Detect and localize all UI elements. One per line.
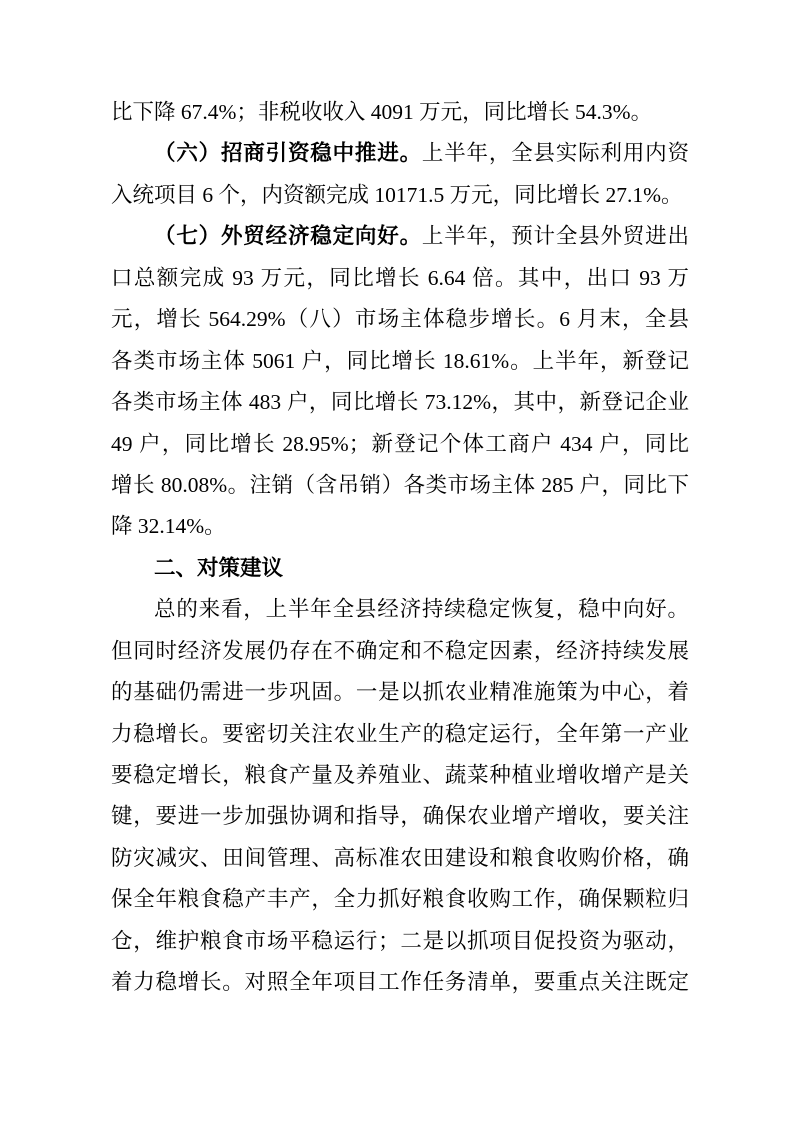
text-line: 降 32.14%。 — [111, 506, 689, 547]
bold-run: （六）招商引资稳中推进。 — [154, 141, 422, 165]
text-line: 防灾减灾、田间管理、高标准农田建设和粮食收购价格，确 — [111, 838, 689, 879]
text-line: 元，增长 564.29%（八）市场主体稳步增长。6 月末，全县 — [111, 299, 689, 340]
bold-run: （七）外贸经济稳定向好。 — [154, 224, 422, 248]
text-run: 元，增长 564.29%（八）市场主体稳步增长。6 月末，全县 — [111, 307, 689, 331]
section-heading: 二、对策建议 — [111, 548, 689, 589]
text-line: 但同时经济发展仍存在不确定和不稳定因素，经济持续发展 — [111, 631, 689, 672]
text-line: 仓，维护粮食市场平稳运行；二是以抓项目促投资为驱动， — [111, 921, 689, 962]
text-run: 要稳定增长，粮食产量及养殖业、蔬菜种植业增收增产是关 — [111, 763, 689, 787]
text-run: 键，要进一步加强协调和指导，确保农业增产增收，要关注 — [111, 804, 689, 828]
text-line: 各类市场主体 483 户，同比增长 73.12%，其中，新登记企业 — [111, 382, 689, 423]
text-run: 保全年粮食稳产丰产，全力抓好粮食收购工作，确保颗粒归 — [111, 887, 689, 911]
text-run: 力稳增长。要密切关注农业生产的稳定运行，全年第一产业 — [111, 722, 689, 746]
text-run: 口总额完成 93 万元，同比增长 6.64 倍。其中，出口 93 万 — [111, 266, 689, 290]
text-line: 增长 80.08%。注销（含吊销）各类市场主体 285 户，同比下 — [111, 465, 689, 506]
document-page: 比下降 67.4%；非税收收入 4091 万元，同比增长 54.3%。（六）招商… — [0, 0, 793, 1122]
text-run: 着力稳增长。对照全年项目工作任务清单，要重点关注既定 — [111, 970, 689, 994]
text-run: 各类市场主体 483 户，同比增长 73.12%，其中，新登记企业 — [111, 390, 689, 414]
text-line: 保全年粮食稳产丰产，全力抓好粮食收购工作，确保颗粒归 — [111, 879, 689, 920]
text-run: 比下降 67.4%；非税收收入 4091 万元，同比增长 54.3%。 — [111, 100, 652, 124]
text-run: 仓，维护粮食市场平稳运行；二是以抓项目促投资为驱动， — [111, 929, 689, 953]
text-line: 49 户，同比增长 28.95%；新登记个体工商户 434 户，同比 — [111, 424, 689, 465]
text-run: 降 32.14%。 — [111, 514, 226, 538]
text-line: 键，要进一步加强协调和指导，确保农业增产增收，要关注 — [111, 796, 689, 837]
text-line: 入统项目 6 个，内资额完成 10171.5 万元，同比增长 27.1%。 — [111, 175, 689, 216]
text-line: 着力稳增长。对照全年项目工作任务清单，要重点关注既定 — [111, 962, 689, 1003]
text-line: 的基础仍需进一步巩固。一是以抓农业精准施策为中心，着 — [111, 672, 689, 713]
text-run: 总的来看，上半年全县经济持续稳定恢复，稳中向好。 — [154, 597, 689, 621]
bold-run: 二、对策建议 — [154, 556, 283, 580]
text-run: 入统项目 6 个，内资额完成 10171.5 万元，同比增长 27.1%。 — [111, 183, 683, 207]
text-run: 上半年，全县实际利用内资 — [422, 141, 689, 165]
text-run: 49 户，同比增长 28.95%；新登记个体工商户 434 户，同比 — [111, 432, 689, 456]
document-body: 比下降 67.4%；非税收收入 4091 万元，同比增长 54.3%。（六）招商… — [111, 92, 689, 1004]
text-run: 上半年，预计全县外贸进出 — [422, 224, 689, 248]
text-line: 口总额完成 93 万元，同比增长 6.64 倍。其中，出口 93 万 — [111, 258, 689, 299]
text-run: 防灾减灾、田间管理、高标准农田建设和粮食收购价格，确 — [111, 846, 689, 870]
text-line: （六）招商引资稳中推进。上半年，全县实际利用内资 — [111, 133, 689, 174]
text-line: 要稳定增长，粮食产量及养殖业、蔬菜种植业增收增产是关 — [111, 755, 689, 796]
text-run: 的基础仍需进一步巩固。一是以抓农业精准施策为中心，着 — [111, 680, 689, 704]
text-line: 比下降 67.4%；非税收收入 4091 万元，同比增长 54.3%。 — [111, 92, 689, 133]
text-line: 各类市场主体 5061 户，同比增长 18.61%。上半年，新登记 — [111, 341, 689, 382]
text-line: 总的来看，上半年全县经济持续稳定恢复，稳中向好。 — [111, 589, 689, 630]
text-run: 各类市场主体 5061 户，同比增长 18.61%。上半年，新登记 — [111, 349, 689, 373]
text-line: 力稳增长。要密切关注农业生产的稳定运行，全年第一产业 — [111, 714, 689, 755]
text-run: 增长 80.08%。注销（含吊销）各类市场主体 285 户，同比下 — [111, 473, 689, 497]
text-run: 但同时经济发展仍存在不确定和不稳定因素，经济持续发展 — [111, 639, 689, 663]
text-line: （七）外贸经济稳定向好。上半年，预计全县外贸进出 — [111, 216, 689, 257]
